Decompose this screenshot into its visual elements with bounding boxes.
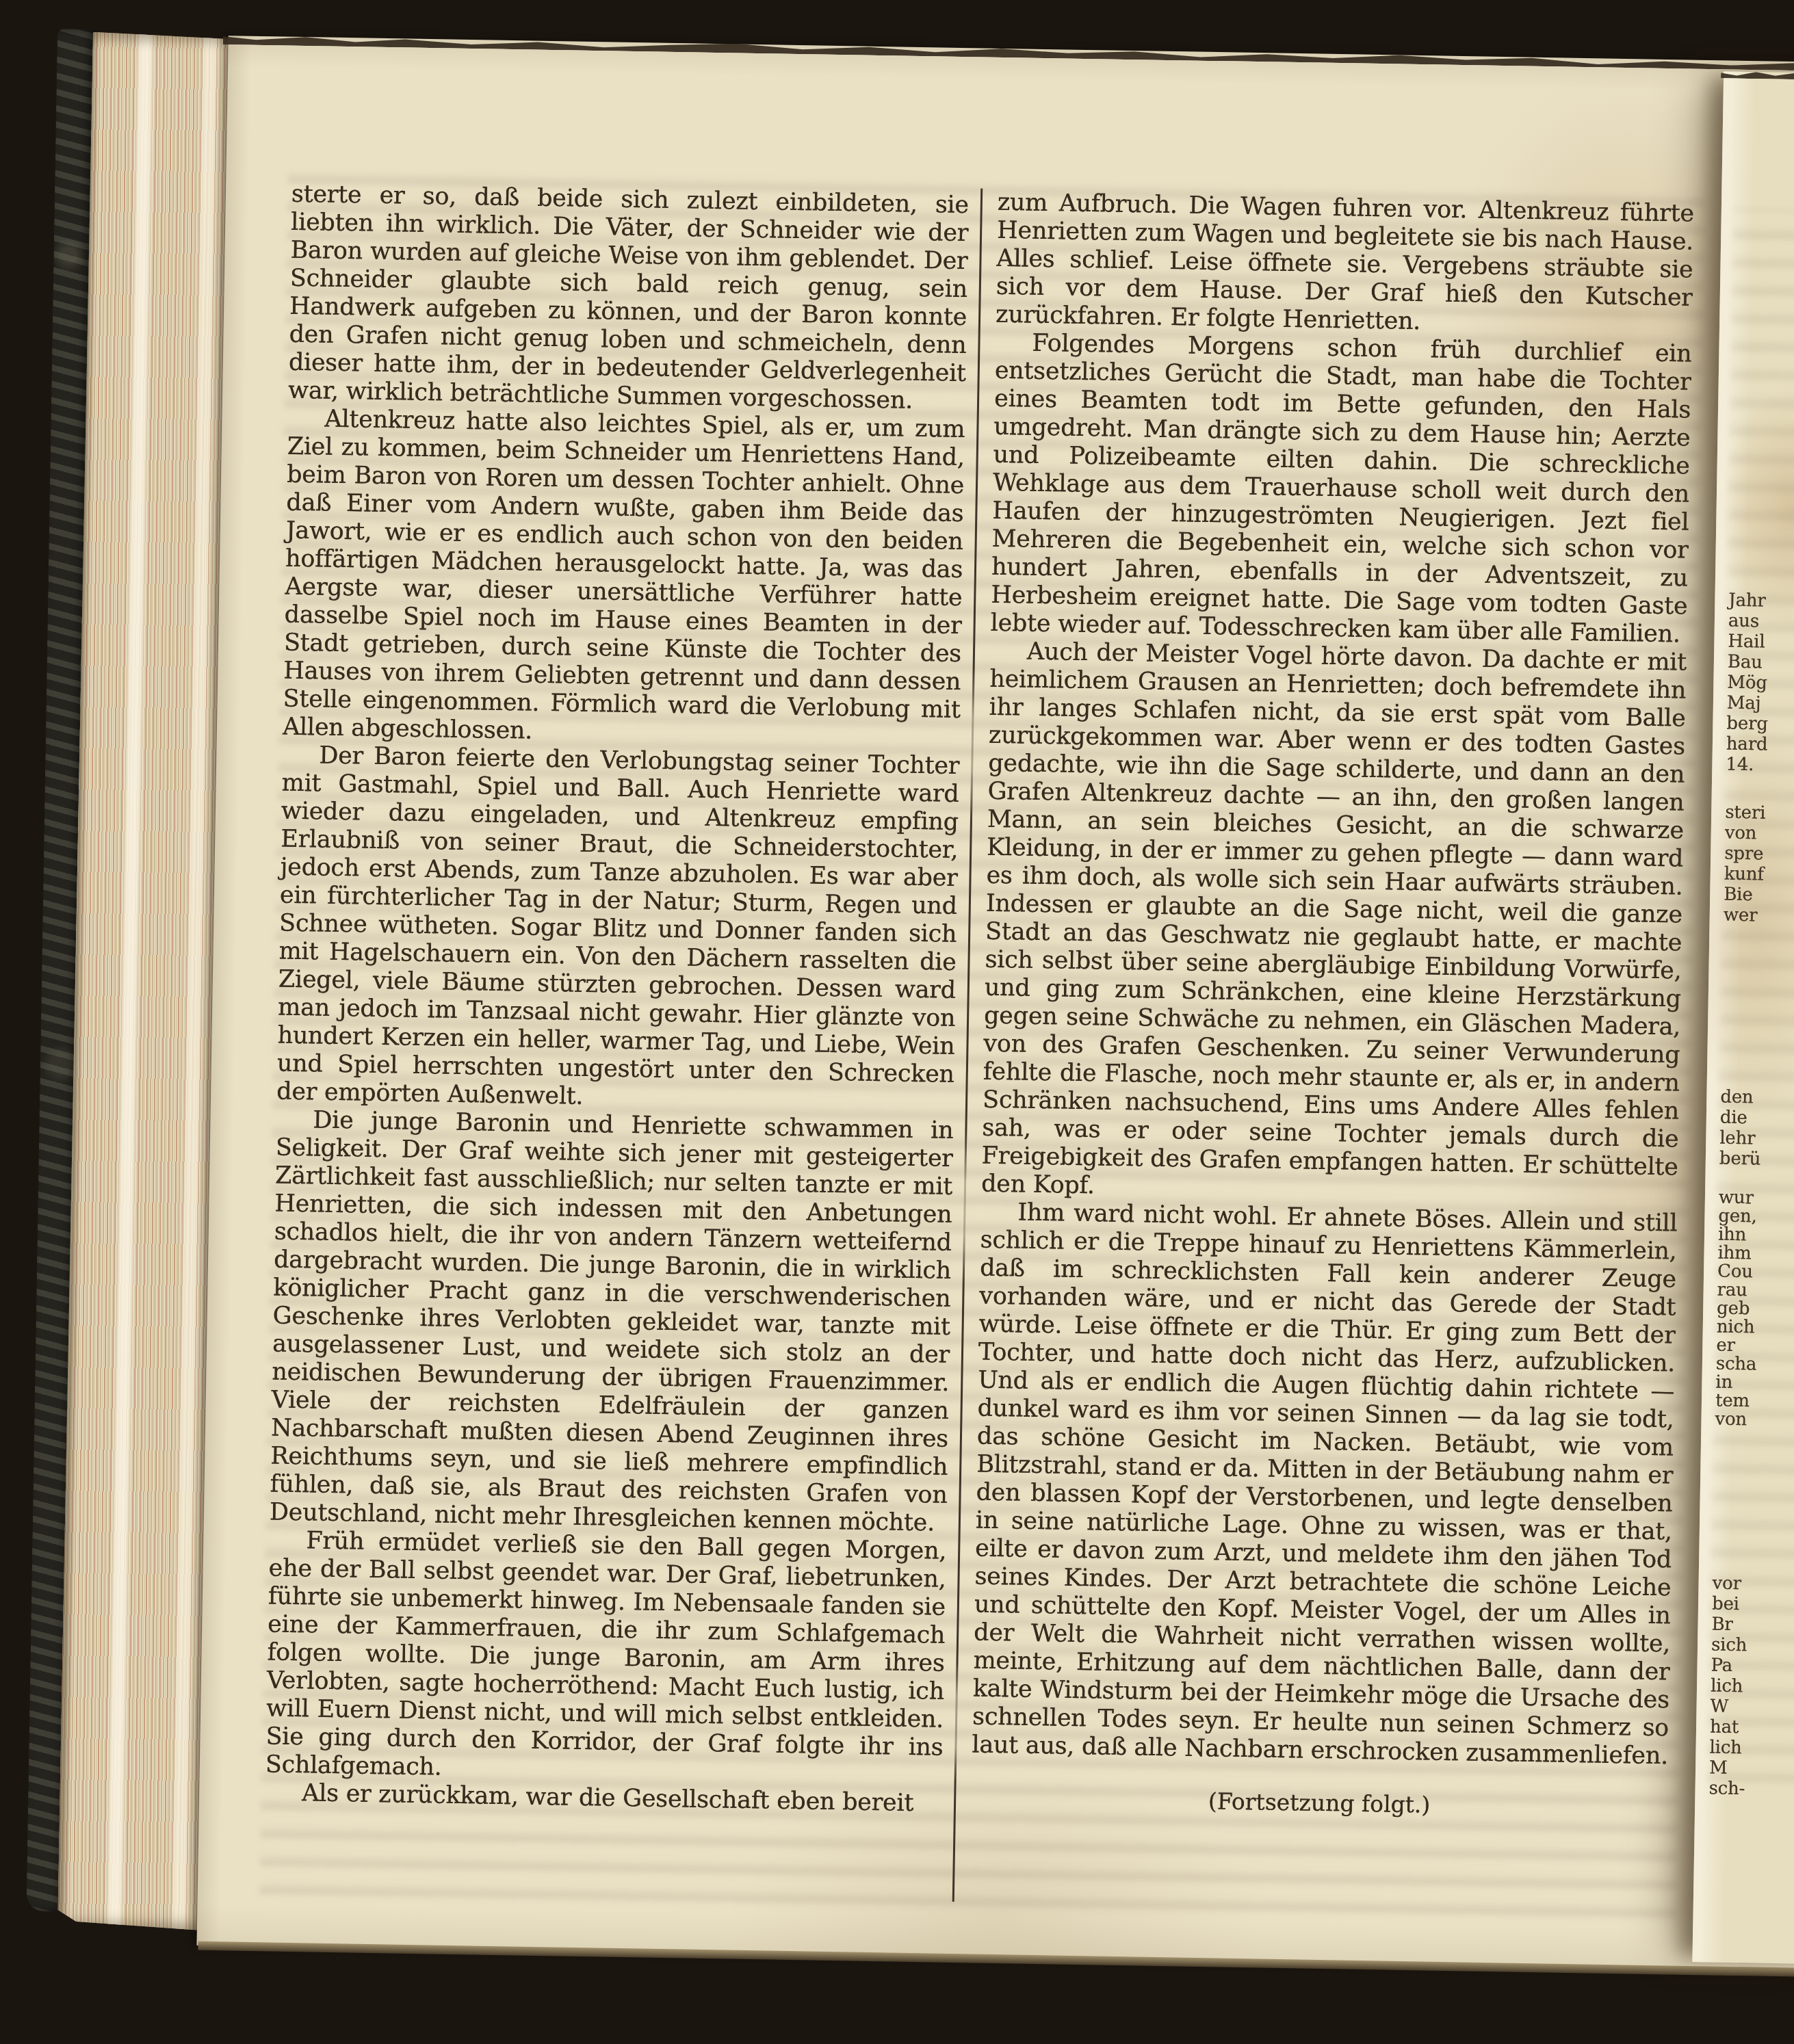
story-paragraph: Altenkreuz hatte also leichtes Spiel, al… [283, 405, 965, 752]
text-fragment: lich [1711, 1675, 1794, 1698]
story-paragraph: Früh ermüdet verließ sie den Ball gegen … [265, 1526, 947, 1790]
facing-page-fragment-group-e: vorbeiBrsichPalichWhatlichMsch- [1708, 1573, 1794, 1800]
text-fragment: lehr [1719, 1128, 1794, 1151]
facing-page-fragment-group-c: dendielehrberü [1719, 1087, 1794, 1171]
text-fragment: M [1709, 1757, 1794, 1780]
text-fragment: die [1720, 1108, 1794, 1130]
story-paragraph: Der Baron feierte den Verlobungstag sein… [276, 742, 960, 1117]
facing-page-fragment-group-d: wurgen,ihnihmCouraugebnicherschaintemvon [1715, 1188, 1794, 1430]
text-fragment: von [1715, 1410, 1794, 1430]
text-fragment: 14. [1726, 755, 1794, 777]
story-paragraph: Die junge Baronin und Henriette schwamme… [270, 1106, 954, 1538]
text-fragment: Bau [1728, 652, 1794, 674]
story-paragraph: zum Aufbruch. Die Wagen fuhren vor. Alte… [996, 189, 1694, 341]
text-column-right: zum Aufbruch. Die Wagen fuhren vor. Alte… [971, 189, 1694, 1823]
text-fragment: sich [1711, 1634, 1794, 1657]
text-fragment: sch- [1708, 1778, 1794, 1800]
text-fragment: von [1725, 823, 1794, 846]
story-paragraph: sterte er so, daß beide sich zulezt einb… [288, 181, 969, 416]
text-fragment: Br [1711, 1614, 1794, 1636]
story-paragraph: Ihm ward nicht wohl. Er ahnete Böses. Al… [972, 1198, 1677, 1771]
text-fragment: vor [1712, 1573, 1794, 1595]
text-fragment: hat [1710, 1716, 1794, 1739]
continuation-note: (Fortsetzung folgt.) [971, 1783, 1668, 1822]
text-fragment: Pa [1711, 1655, 1794, 1677]
facing-page-fragment-group-b: sterivonsprekunfBiewer [1724, 802, 1794, 928]
open-book: sterte er so, daß beide sich zulezt einb… [25, 26, 1794, 1982]
text-fragment: bei [1712, 1593, 1794, 1616]
right-column-paragraphs: zum Aufbruch. Die Wagen fuhren vor. Alte… [972, 189, 1694, 1771]
left-page: sterte er so, daß beide sich zulezt einb… [197, 36, 1794, 1973]
text-fragment: wer [1724, 905, 1794, 928]
story-paragraph: Auch der Meister Vogel hörte davon. Da d… [981, 638, 1687, 1210]
text-fragment: berü [1719, 1149, 1794, 1171]
text-fragment: kunf [1724, 864, 1794, 887]
story-paragraph: Folgendes Morgens schon früh durchlief e… [990, 329, 1691, 649]
text-fragment: Hail [1728, 631, 1794, 654]
text-fragment: Maj [1727, 693, 1794, 716]
text-fragment: den [1720, 1087, 1794, 1110]
text-fragment: W [1710, 1696, 1794, 1718]
print-through-texture [1708, 209, 1794, 1784]
facing-page-fragment-group-a: JahrausHailBauMögMajberghard14. [1726, 590, 1794, 777]
text-fragment: hard [1726, 734, 1794, 757]
photo-canvas: { "colors": { "background": "#1b150f", "… [0, 0, 1794, 2044]
text-fragment: Jahr [1728, 590, 1794, 613]
left-column-paragraphs: sterte er so, daß beide sich zulezt einb… [265, 181, 969, 1818]
text-fragment: Bie [1724, 885, 1794, 907]
text-column-left: sterte er so, daß beide sich zulezt einb… [265, 181, 969, 1818]
text-fragment: spre [1724, 843, 1794, 866]
text-fragment: berg [1726, 713, 1794, 736]
text-fragment: Mög [1727, 672, 1794, 695]
text-fragment: aus [1728, 611, 1794, 633]
text-fragment: steri [1725, 802, 1794, 825]
text-fragment: lich [1709, 1737, 1794, 1759]
